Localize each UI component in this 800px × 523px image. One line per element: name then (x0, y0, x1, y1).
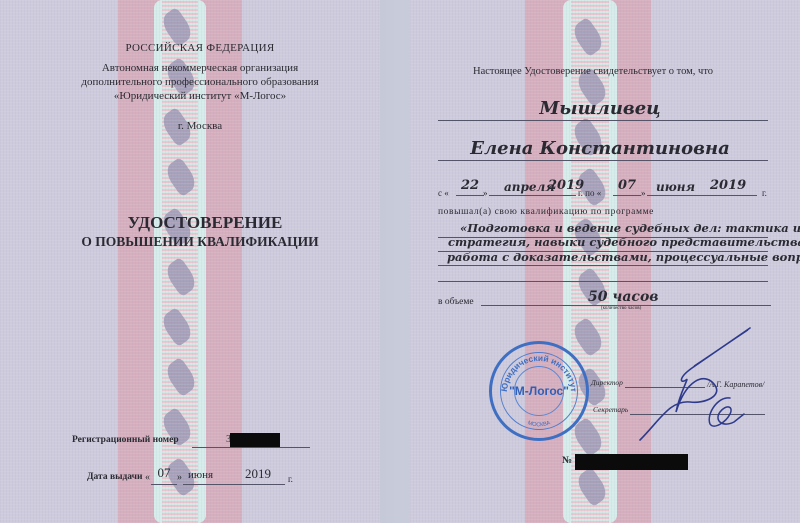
org-line-1: Автономная некоммерческая организация (70, 62, 330, 74)
from-month-year-line (489, 195, 576, 196)
to-day: 07 (613, 178, 641, 193)
to-month: июня (656, 180, 695, 194)
program-label: повышал(а) свою квалификацию по программ… (438, 207, 654, 217)
redacted-document-number (575, 454, 688, 470)
secretary-signature-icon (700, 392, 750, 432)
program-underline-4 (438, 281, 768, 282)
document-title: УДОСТОВЕРЕНИЕ (60, 213, 350, 233)
issue-date-label: Дата выдачи (87, 472, 143, 482)
to-year: 2019 (710, 178, 746, 193)
surname-line (438, 120, 768, 121)
to-suffix: г. (762, 188, 767, 198)
program-line-2: стратегия, навыки судебного представител… (448, 235, 800, 249)
from-day-line (456, 195, 484, 196)
issue-day: 07 (151, 465, 177, 481)
issue-month-year-line (183, 484, 285, 485)
issue-year: 2019 (245, 466, 271, 482)
from-prefix: с « (438, 188, 449, 198)
redacted-registration-number (230, 433, 280, 447)
number-label: № (562, 455, 572, 466)
issue-open-quote: « (145, 472, 150, 483)
from-close-quote: » (483, 188, 488, 198)
country-heading: РОССИЙСКАЯ ФЕДЕРАЦИЯ (90, 42, 310, 54)
registration-label: Регистрационный номер (72, 435, 179, 445)
program-line-1: «Подготовка и ведение судебных дел: такт… (460, 221, 800, 235)
stamp-center-text: "М-Логос" (492, 384, 586, 398)
volume-caption: (количество часов) (601, 306, 641, 311)
city: г. Москва (130, 120, 270, 132)
issue-close-quote: » (177, 472, 182, 483)
issue-year-suffix: г. (288, 474, 293, 484)
program-underline-3 (438, 265, 768, 266)
program-line-3: работа с доказательствами, процессуальны… (447, 250, 800, 264)
intro-text: Настоящее Удостоверение свидетельствует … (473, 66, 713, 77)
volume-value: 50 часов (588, 289, 659, 305)
to-day-line (613, 195, 641, 196)
surname: Мышливец (430, 98, 770, 119)
given-names-line (438, 160, 768, 161)
institution-stamp: Юридический институт МОСКВА "М-Логос" (489, 341, 589, 441)
org-line-2: дополнительного профессионального образо… (70, 76, 330, 88)
org-line-3: «Юридический институт «М-Логос» (70, 90, 330, 102)
document-subtitle: О ПОВЫШЕНИИ КВАЛИФИКАЦИИ (55, 234, 345, 250)
svg-text:МОСКВА: МОСКВА (527, 420, 552, 428)
given-names: Елена Константиновна (430, 138, 770, 159)
from-day: 22 (456, 178, 484, 193)
to-close-quote: » (641, 188, 646, 198)
to-prefix: г. по « (578, 188, 601, 198)
to-month-year-line (647, 195, 757, 196)
issue-day-line (151, 484, 177, 485)
issue-month: июня (188, 469, 213, 481)
registration-line (192, 447, 310, 448)
volume-label: в объеме (438, 297, 474, 307)
